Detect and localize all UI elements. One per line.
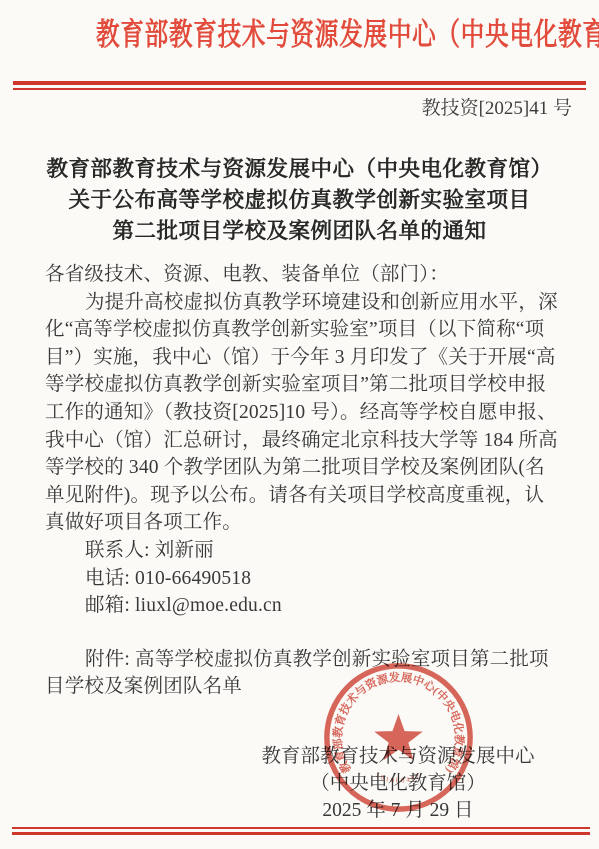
- body-line: 我中心（馆）汇总研讨，最终确定北京科技大学等 184 所高: [45, 427, 561, 455]
- footer-rule-thick-line: [12, 832, 590, 835]
- body-line: 等学校虚拟仿真教学创新实验室项目”第二批项目学校申报: [45, 371, 561, 399]
- official-letter-page: 教育部教育技术与资源发展中心（中央电化教育馆）函件 教技资[2025]41 号 …: [0, 0, 599, 849]
- title-line-1: 教育部教育技术与资源发展中心（中央电化教育馆）: [0, 154, 599, 185]
- document-number: 教技资[2025]41 号: [0, 97, 599, 121]
- signature-org-line-2: （中央电化教育馆）: [202, 770, 594, 797]
- title-line-3: 第二批项目学校及案例团队名单的通知: [0, 216, 599, 247]
- footer-rule-thin-line: [12, 827, 590, 829]
- letterhead-title: 教育部教育技术与资源发展中心（中央电化教育馆）函件: [96, 14, 599, 56]
- footer-divider-rule: [12, 827, 590, 835]
- body-line: 化“高等学校虚拟仿真教学创新实验室”项目（以下简称“项: [45, 316, 561, 344]
- letter-body: 各省级技术、资源、电教、装备单位（部门）： 为提升高校虚拟仿真教学环境建设和创新…: [45, 261, 561, 701]
- body-line: 真做好项目各项工作。: [45, 509, 561, 537]
- attachment-line: 目学校及案例团队名单: [45, 673, 561, 701]
- contact-person-line: 联系人: 刘新丽: [45, 537, 561, 565]
- header-rule-thick-line: [13, 81, 586, 85]
- signature-org-line-1: 教育部教育技术与资源发展中心: [202, 743, 594, 770]
- signature-block: 教育部教育技术与资源发展中心 （中央电化教育馆） 2025 年 7 月 29 日: [202, 743, 594, 824]
- body-line: 目”）实施，我中心（馆）于今年 3 月印发了《关于开展“高: [45, 344, 561, 372]
- contact-phone-line: 电话: 010-66490518: [45, 565, 561, 593]
- document-title: 教育部教育技术与资源发展中心（中央电化教育馆） 关于公布高等学校虚拟仿真教学创新…: [0, 154, 599, 247]
- body-line: 等学校的 340 个教学团队为第二批项目学校及案例团队(名: [45, 454, 561, 482]
- letterhead: 教育部教育技术与资源发展中心（中央电化教育馆）函件: [0, 0, 599, 56]
- signature-date: 2025 年 7 月 29 日: [202, 797, 594, 824]
- header-divider-rule: [13, 81, 586, 90]
- attachment-line: 附件: 高等学校虚拟仿真教学创新实验室项目第二批项: [45, 646, 561, 674]
- title-line-2: 关于公布高等学校虚拟仿真教学创新实验室项目: [0, 185, 599, 216]
- body-line: 单见附件)。现予以公布。请各有关项目学校高度重视，认: [45, 482, 561, 510]
- contact-email-line: 邮箱: liuxl@moe.edu.cn: [45, 592, 561, 620]
- header-rule-thin-line: [13, 88, 586, 90]
- salutation: 各省级技术、资源、电教、装备单位（部门）：: [45, 261, 561, 289]
- blank-line: [45, 620, 561, 646]
- body-line: 为提升高校虚拟仿真教学环境建设和创新应用水平，深: [45, 289, 561, 317]
- body-line: 工作的通知》（教技资[2025]10 号）。经高等学校自愿申报、: [45, 399, 561, 427]
